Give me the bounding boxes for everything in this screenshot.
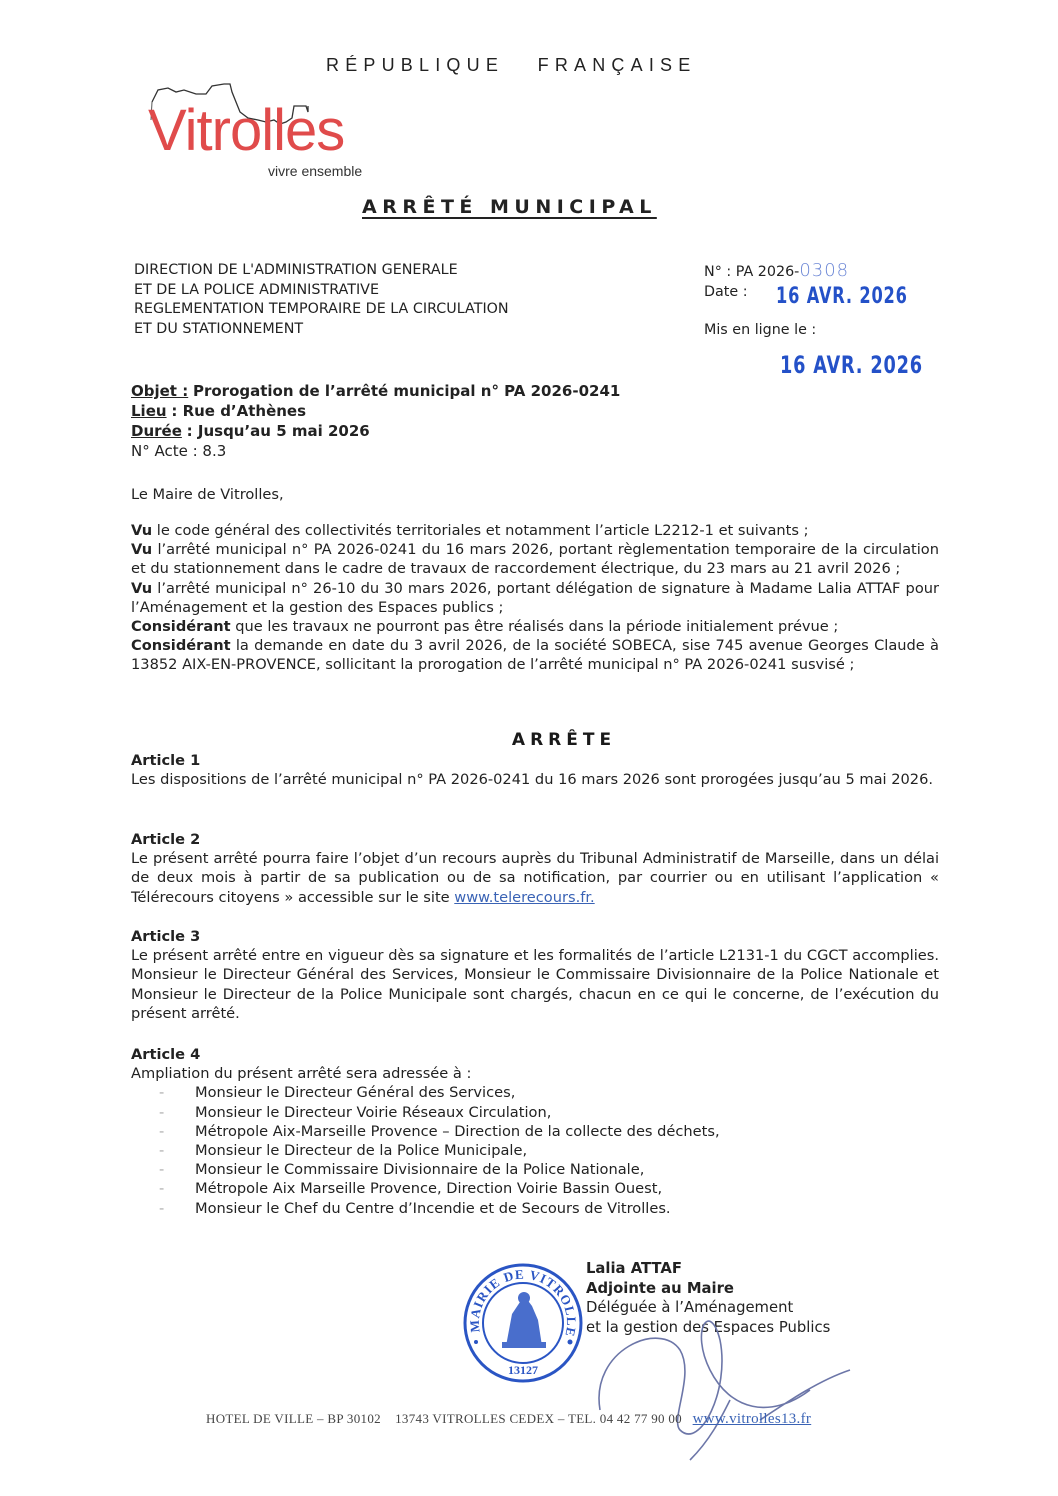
vitrolles-logo: Vitrolles vivre ensemble (148, 80, 408, 190)
signatory-name: Lalia ATTAF (586, 1260, 682, 1277)
article-2: Article 2 Le présent arrêté pourra faire… (131, 830, 939, 907)
website-link[interactable]: www.vitrolles13.fr (693, 1411, 812, 1427)
lieu-value: : Rue d’Athènes (171, 402, 306, 420)
recipient-item: Monsieur le Commissaire Divisionnaire de… (131, 1160, 939, 1179)
considerants-block: Vu le code général des collectivités ter… (131, 521, 939, 675)
recipient-item: Monsieur le Directeur Général des Servic… (131, 1083, 939, 1102)
article-3: Article 3 Le présent arrêté entre en vig… (131, 927, 939, 1023)
subject-block: Objet : Prorogation de l’arrêté municipa… (131, 381, 620, 461)
svg-text:13127: 13127 (508, 1363, 538, 1377)
numero-label: N° : PA 2026- (704, 264, 799, 280)
document-title: ARRÊTÉ MUNICIPAL (362, 196, 657, 218)
direction-line: ET DU STATIONNEMENT (134, 320, 509, 340)
acte-number: N° Acte : 8.3 (131, 441, 620, 461)
article-title: Article 3 (131, 927, 939, 946)
duree-value: : Jusqu’au 5 mai 2026 (187, 422, 370, 440)
considerant-item: Vu l’arrêté municipal n° 26-10 du 30 mar… (131, 579, 939, 617)
logo-wordmark: Vitrolles (148, 102, 344, 160)
article-title: Article 4 (131, 1045, 939, 1064)
article-title: Article 1 (131, 751, 939, 770)
footer-address: HOTEL DE VILLE – BP 30102 13743 VITROLLE… (206, 1411, 693, 1426)
considerant-item: Vu le code général des collectivités ter… (131, 521, 939, 540)
footer: HOTEL DE VILLE – BP 30102 13743 VITROLLE… (206, 1411, 811, 1428)
recipient-item: Métropole Aix Marseille Provence, Direct… (131, 1179, 939, 1198)
handwritten-signature-icon (560, 1280, 860, 1470)
recipient-item: Monsieur le Directeur Voirie Réseaux Cir… (131, 1103, 939, 1122)
recipient-item: Métropole Aix-Marseille Provence – Direc… (131, 1122, 939, 1141)
arrete-heading: ARRÊTE (0, 730, 1058, 750)
direction-line: ET DE LA POLICE ADMINISTRATIVE (134, 281, 509, 301)
article-text: Le présent arrêté pourra faire l’objet d… (131, 849, 939, 907)
greeting: Le Maire de Vitrolles, (131, 485, 939, 504)
logo-tagline: vivre ensemble (268, 163, 362, 179)
article-1: Article 1 Les dispositions de l’arrêté m… (131, 751, 939, 789)
recipient-item: Monsieur le Chef du Centre d’Incendie et… (131, 1199, 939, 1218)
duree-label: Durée (131, 422, 182, 440)
direction-line: DIRECTION DE L'ADMINISTRATION GENERALE (134, 261, 509, 281)
considerant-item: Considérant que les travaux ne pourront … (131, 617, 939, 636)
republique-francaise-header: RÉPUBLIQUE FRANÇAISE (326, 55, 696, 76)
recipient-list: Monsieur le Directeur Général des Servic… (131, 1083, 939, 1217)
considerant-item: Considérant la demande en date du 3 avri… (131, 636, 939, 674)
date-stamp: 16 AVR. 2026 (776, 284, 908, 309)
mis-en-ligne-label: Mis en ligne le : (704, 321, 849, 341)
article-4: Article 4 Ampliation du présent arrêté s… (131, 1045, 939, 1218)
article-text: Le présent arrêté entre en vigueur dès s… (131, 946, 939, 1023)
direction-block: DIRECTION DE L'ADMINISTRATION GENERALE E… (134, 261, 509, 339)
objet-label: Objet : (131, 382, 188, 400)
telerecours-link[interactable]: www.telerecours.fr. (454, 889, 594, 906)
article-title: Article 2 (131, 830, 939, 849)
considerant-item: Vu l’arrêté municipal n° PA 2026-0241 du… (131, 540, 939, 578)
recipient-item: Monsieur le Directeur de la Police Munic… (131, 1141, 939, 1160)
direction-line: REGLEMENTATION TEMPORAIRE DE LA CIRCULAT… (134, 300, 509, 320)
publication-date-stamp: 16 AVR. 2026 (780, 351, 923, 379)
objet-value: Prorogation de l’arrêté municipal n° PA … (193, 382, 620, 400)
article-intro: Ampliation du présent arrêté sera adress… (131, 1064, 939, 1083)
numero-handwritten: 0308 (799, 260, 849, 281)
lieu-label: Lieu (131, 402, 167, 420)
article-text: Les dispositions de l’arrêté municipal n… (131, 770, 939, 789)
